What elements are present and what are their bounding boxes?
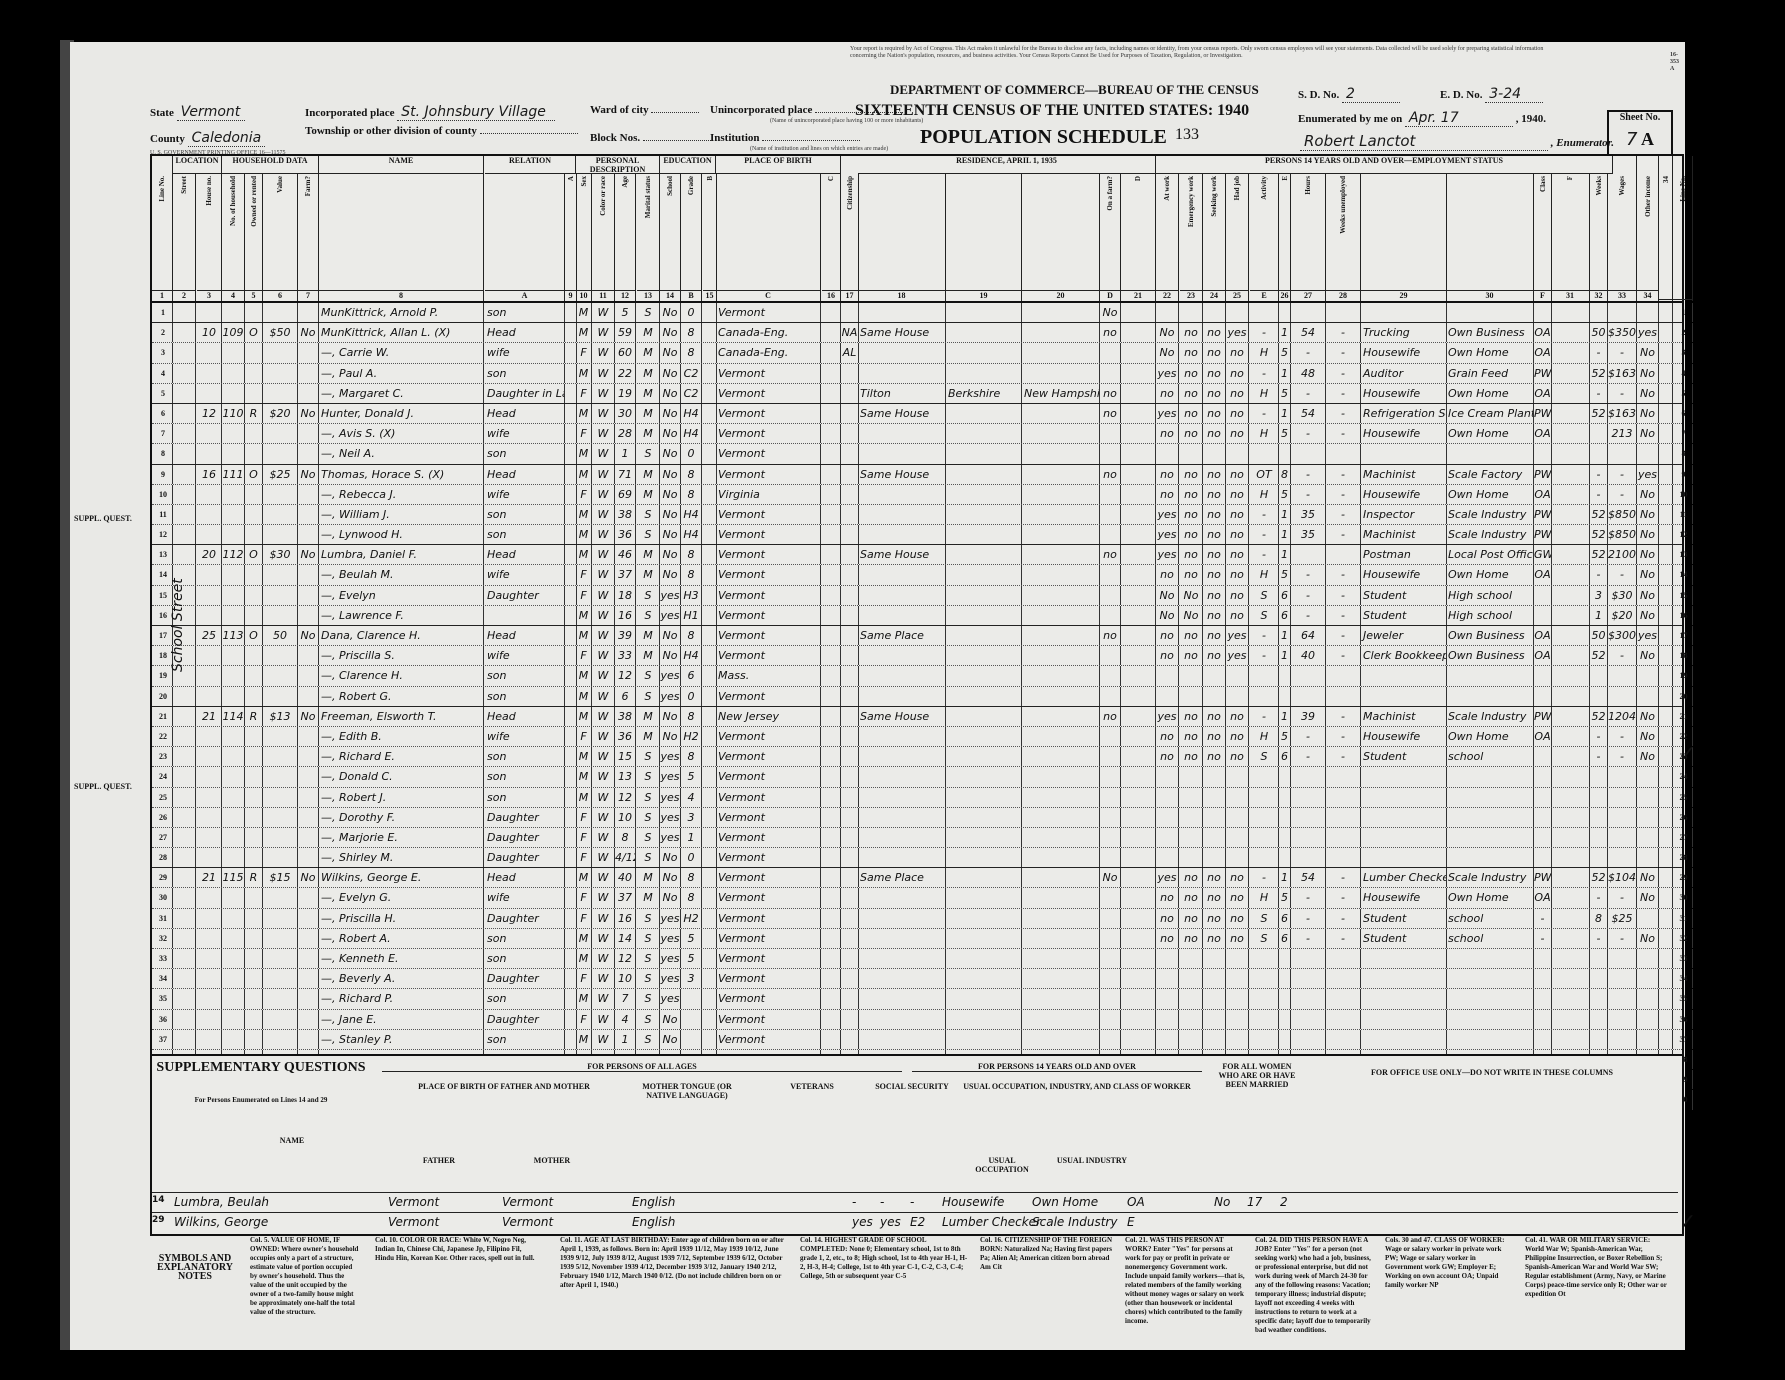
cell-wage [1608, 949, 1637, 968]
cell-ind: Own Business [1446, 646, 1534, 665]
cell-name: —, Evelyn [319, 586, 484, 605]
cell-col34 [1659, 505, 1673, 524]
cell-codeC [822, 485, 841, 504]
cell-codeB [703, 485, 717, 504]
cell-c24: no [1226, 404, 1249, 423]
enumerated-label: Enumerated by me on [1298, 113, 1402, 125]
cell-line: 34 [152, 969, 173, 988]
cell-line: 12 [152, 525, 173, 544]
cell-c21: no [1156, 727, 1179, 746]
cell-cit [841, 747, 859, 766]
cell-c25: S [1250, 909, 1279, 928]
cell-cit [841, 646, 859, 665]
sheet-label: Sheet No. [1609, 112, 1671, 123]
cell-street [173, 929, 196, 948]
state-value: Vermont [177, 104, 245, 121]
cell-occ [1361, 788, 1447, 807]
cell-grade: H4 [681, 646, 702, 665]
cell-res17 [858, 505, 946, 524]
cell-res20 [1100, 444, 1121, 463]
supp-cell-usual_occ: Lumber Checker [942, 1215, 1041, 1229]
cell-c26 [1291, 828, 1326, 847]
cell-wage: - [1608, 565, 1637, 584]
cell-cit [841, 788, 859, 807]
cell-house: 16 [197, 465, 222, 484]
cell-c24: no [1226, 343, 1249, 362]
cell-col34 [1659, 666, 1673, 685]
cell-farm [298, 424, 319, 443]
cell-house [197, 565, 222, 584]
cell-wks [1590, 444, 1608, 463]
cell-race: W [592, 343, 615, 362]
cell-res17 [858, 909, 946, 928]
cell-ind: Own Business [1446, 323, 1534, 342]
cell-codeD [1121, 828, 1156, 847]
cell-rel: son [485, 444, 565, 463]
cell-codeB [703, 586, 717, 605]
cell-ms: S [637, 848, 660, 867]
supp-cell-ss43: yes [880, 1215, 901, 1229]
cell-ms: S [637, 909, 660, 928]
census-title: SIXTEENTH CENSUS OF THE UNITED STATES: 1… [855, 102, 1249, 120]
cell-codeD [1121, 1030, 1156, 1049]
cell-c26: - [1291, 606, 1326, 625]
cell-res17 [858, 485, 946, 504]
cell-street [173, 727, 196, 746]
cell-street [173, 1010, 196, 1029]
table-row: 1320112O$30NoLumbra, Daniel F.HeadMW46MN… [152, 545, 1682, 565]
cell-cls [1534, 747, 1552, 766]
cell-col34 [1659, 626, 1673, 645]
cell-wks: 52 [1590, 646, 1608, 665]
cell-house [197, 828, 222, 847]
cell-res17 [858, 1010, 946, 1029]
cell-c22 [1180, 848, 1203, 867]
cell-ind [1446, 969, 1534, 988]
cell-age: 1 [615, 444, 636, 463]
cell-codeC [822, 565, 841, 584]
cell-c23: no [1203, 465, 1226, 484]
cell-line2: 17 [1673, 626, 1693, 645]
cell-col34 [1659, 323, 1673, 342]
cell-res18 [946, 1030, 1022, 1049]
table-row: 916111O$25NoThomas, Horace S. (X)HeadMW7… [152, 465, 1682, 485]
cell-c27: - [1326, 868, 1361, 887]
column-header-label: Line No. [1679, 176, 1687, 206]
column-number: 12 [615, 290, 635, 300]
cell-line: 1 [152, 303, 173, 322]
cell-codeC [822, 323, 841, 342]
cell-c22: no [1180, 868, 1203, 887]
cell-birth: Vermont [716, 788, 821, 807]
cell-value [263, 888, 298, 907]
cell-line2: 5 [1673, 384, 1693, 403]
enumerated-date: Apr. 17 [1405, 110, 1513, 127]
cell-value [263, 1030, 298, 1049]
cell-occ [1361, 848, 1447, 867]
cell-cit [841, 727, 859, 746]
cell-grade: 5 [681, 929, 702, 948]
cell-grade: 8 [681, 565, 702, 584]
cell-c21: yes [1156, 404, 1179, 423]
cell-c27: - [1326, 626, 1361, 645]
cell-cls: OA [1534, 485, 1552, 504]
column-number: 20 [1022, 290, 1099, 300]
cell-c22 [1180, 767, 1203, 786]
cell-c21 [1156, 949, 1179, 968]
cell-codeB [703, 969, 717, 988]
cell-name: —, Evelyn G. [319, 888, 484, 907]
cell-res17: Same House [858, 545, 946, 564]
cell-street [173, 424, 196, 443]
cell-street [173, 384, 196, 403]
cell-sex: F [576, 969, 592, 988]
cell-c23 [1203, 989, 1226, 1008]
cell-line2: 13 [1673, 545, 1693, 564]
cell-c22: no [1180, 727, 1203, 746]
cell-race: W [592, 666, 615, 685]
cell-hh [222, 788, 245, 807]
cell-value [263, 949, 298, 968]
cell-codeF [1551, 969, 1590, 988]
cell-name: —, Shirley M. [319, 848, 484, 867]
column-number: 11 [592, 290, 614, 300]
cell-c22 [1180, 989, 1203, 1008]
cell-res19 [1022, 545, 1100, 564]
cell-c25: - [1250, 646, 1279, 665]
cell-cit [841, 606, 859, 625]
cell-wks: 50 [1590, 323, 1608, 342]
cell-res20: No [1100, 868, 1121, 887]
cell-codeB [703, 545, 717, 564]
cell-c21: no [1156, 626, 1179, 645]
cell-c24 [1226, 949, 1249, 968]
cell-own [245, 808, 263, 827]
cell-school: yes [660, 909, 681, 928]
cell-birth: Canada-Eng. [716, 323, 821, 342]
column-number: 18 [858, 290, 945, 300]
cell-house [197, 364, 222, 383]
cell-res19 [1022, 626, 1100, 645]
cell-c27 [1326, 788, 1361, 807]
cell-birth: Vermont [716, 404, 821, 423]
column-number: 16 [822, 290, 840, 300]
supp-office-use: FOR OFFICE USE ONLY—DO NOT WRITE IN THES… [1312, 1068, 1672, 1077]
table-row: 37—, Stanley P.sonMW1SNoVermont37 [152, 1030, 1682, 1050]
cell-rel: son [485, 687, 565, 706]
cell-name: Hunter, Donald J. [319, 404, 484, 423]
county-value: Caledonia [188, 130, 266, 147]
cell-c24: no [1226, 424, 1249, 443]
cell-res17 [858, 727, 946, 746]
cell-wage [1608, 848, 1637, 867]
cell-c26 [1291, 444, 1326, 463]
cell-c22 [1180, 444, 1203, 463]
cell-race: W [592, 949, 615, 968]
cell-own [245, 969, 263, 988]
cell-wks: 1 [1590, 606, 1608, 625]
cell-own [245, 848, 263, 867]
cell-sex: F [576, 808, 592, 827]
cell-hh [222, 888, 245, 907]
cell-codeF [1551, 888, 1590, 907]
cell-res19 [1022, 364, 1100, 383]
cell-grade [681, 1010, 702, 1029]
cell-cls [1534, 606, 1552, 625]
sd-field: S. D. No. 2 [1298, 86, 1400, 103]
table-row: 210109O$50NoMunKittrick, Allan L. (X)Hea… [152, 323, 1682, 343]
column-header-cit: Citizenship17 [841, 156, 859, 301]
cell-codeB [703, 565, 717, 584]
cell-line: 3 [152, 343, 173, 362]
cell-birth: Vermont [716, 909, 821, 928]
table-row: 1MunKittrick, Arnold P.sonMW5SNo0Vermont… [152, 303, 1682, 323]
cell-c24 [1226, 989, 1249, 1008]
cell-age: 28 [615, 424, 636, 443]
cell-own [245, 364, 263, 383]
cell-grade [681, 989, 702, 1008]
cell-line2: 26 [1673, 808, 1693, 827]
cell-c23: no [1203, 565, 1226, 584]
cell-cls: OA [1534, 384, 1552, 403]
cell-res19 [1022, 747, 1100, 766]
cell-res20 [1100, 485, 1121, 504]
table-row: 24—, Donald C.sonMW13Syes5Vermont24 [152, 767, 1682, 787]
cell-school: No [660, 444, 681, 463]
cell-farm [298, 646, 319, 665]
cell-c27 [1326, 303, 1361, 322]
cell-res19 [1022, 848, 1100, 867]
cell-e [1279, 666, 1291, 685]
cell-name: —, Beverly A. [319, 969, 484, 988]
cell-codeD [1121, 909, 1156, 928]
cell-c22: no [1180, 343, 1203, 362]
cell-rel: Daughter [485, 586, 565, 605]
cell-occ: Student [1361, 586, 1447, 605]
cell-c22: no [1180, 323, 1203, 342]
cell-rel: son [485, 666, 565, 685]
cell-codeD [1121, 687, 1156, 706]
cell-house: 10 [197, 323, 222, 342]
cell-farm [298, 606, 319, 625]
cell-age: 15 [615, 747, 636, 766]
cell-school: No [660, 404, 681, 423]
cell-occ: Housewife [1361, 384, 1447, 403]
cell-other: No [1637, 747, 1659, 766]
cell-e: 5 [1279, 424, 1291, 443]
cell-own [245, 727, 263, 746]
cell-sex: F [576, 586, 592, 605]
cell-birth: Vermont [716, 848, 821, 867]
cell-house [197, 969, 222, 988]
cell-res19 [1022, 828, 1100, 847]
cell-age: 59 [615, 323, 636, 342]
column-header-age: Age12 [615, 156, 636, 301]
cell-occ: Trucking [1361, 323, 1447, 342]
cell-codeF [1551, 1030, 1590, 1049]
cell-res20 [1100, 565, 1121, 584]
cell-race: W [592, 646, 615, 665]
cell-line2: 21 [1673, 707, 1693, 726]
cell-col34 [1659, 707, 1673, 726]
cell-line: 2 [152, 323, 173, 342]
column-header-ind: INDUSTRY30 [1446, 156, 1534, 301]
cell-occ: Machinist [1361, 525, 1447, 544]
cell-age: 71 [615, 465, 636, 484]
cell-cls [1534, 1010, 1552, 1029]
cell-other: No [1637, 646, 1659, 665]
cell-wks [1590, 1030, 1608, 1049]
cell-c25 [1250, 666, 1279, 685]
cell-c27: - [1326, 505, 1361, 524]
cell-ms: M [637, 424, 660, 443]
cell-school: No [660, 465, 681, 484]
cell-c26: - [1291, 424, 1326, 443]
cell-c24: no [1226, 909, 1249, 928]
cell-sex: M [576, 444, 592, 463]
cell-codeD [1121, 343, 1156, 362]
cell-name: —, Richard E. [319, 747, 484, 766]
cell-codeD [1121, 767, 1156, 786]
cell-c23 [1203, 303, 1226, 322]
cell-codeD [1121, 808, 1156, 827]
cell-line2: 11 [1673, 505, 1693, 524]
cell-race: W [592, 444, 615, 463]
cell-value [263, 929, 298, 948]
column-header-label: Street [180, 176, 188, 198]
cell-res20: no [1100, 404, 1121, 423]
cell-hh [222, 969, 245, 988]
table-row: 3—, Carrie W.wifeFW60MNo8Canada-Eng.ALNo… [152, 343, 1682, 363]
cell-res18 [946, 909, 1022, 928]
cell-cit [841, 1010, 859, 1029]
column-header-occ: OCCUPATION29 [1361, 156, 1447, 301]
cell-c23: no [1203, 606, 1226, 625]
cell-cit [841, 909, 859, 928]
cell-farm: No [298, 626, 319, 645]
cell-c25 [1250, 303, 1279, 322]
cell-c21 [1156, 767, 1179, 786]
cell-c25: H [1250, 384, 1279, 403]
cell-ms: M [637, 646, 660, 665]
cell-c22: no [1180, 929, 1203, 948]
cell-c22: no [1180, 364, 1203, 383]
cell-own [245, 989, 263, 1008]
cell-col34 [1659, 586, 1673, 605]
cell-codeD [1121, 848, 1156, 867]
cell-hh [222, 364, 245, 383]
cell-street [173, 747, 196, 766]
cell-line2: 12 [1673, 525, 1693, 544]
department-title: DEPARTMENT OF COMMERCE—BUREAU OF THE CEN… [890, 82, 1259, 98]
cell-res17: Same Place [858, 868, 946, 887]
cell-rel: wife [485, 888, 565, 907]
cell-c27 [1326, 808, 1361, 827]
cell-line: 10 [152, 485, 173, 504]
cell-street [173, 909, 196, 928]
cell-line2: 27 [1673, 828, 1693, 847]
cell-c26: - [1291, 929, 1326, 948]
cell-other [1637, 788, 1659, 807]
cell-c25: S [1250, 929, 1279, 948]
cell-res19 [1022, 868, 1100, 887]
cell-codeB [703, 848, 717, 867]
cell-c22 [1180, 949, 1203, 968]
cell-col34 [1659, 969, 1673, 988]
cell-res18 [946, 586, 1022, 605]
cell-c27: - [1326, 364, 1361, 383]
cell-line2: 19 [1673, 666, 1693, 685]
cell-ms: M [637, 364, 660, 383]
cell-wks [1590, 767, 1608, 786]
cell-res18 [946, 747, 1022, 766]
cell-c26: 54 [1291, 868, 1326, 887]
cell-wage: $1040 [1608, 868, 1637, 887]
cell-codeD [1121, 929, 1156, 948]
cell-wks: - [1590, 888, 1608, 907]
cell-c25 [1250, 444, 1279, 463]
column-number: E [1250, 290, 1278, 300]
cell-race: W [592, 465, 615, 484]
cell-wks: 52 [1590, 545, 1608, 564]
cell-c23 [1203, 969, 1226, 988]
cell-house [197, 747, 222, 766]
cell-house: 20 [197, 545, 222, 564]
cell-hh [222, 1010, 245, 1029]
cell-e: 5 [1279, 727, 1291, 746]
cell-c23: no [1203, 626, 1226, 645]
cell-cls [1534, 303, 1552, 322]
cell-farm: No [298, 323, 319, 342]
table-row: 7—, Avis S. (X)wifeFW28MNoH4Vermontnonon… [152, 424, 1682, 444]
cell-own [245, 384, 263, 403]
cell-codeF [1551, 949, 1590, 968]
cell-age: 18 [615, 586, 636, 605]
cell-street [173, 888, 196, 907]
incorporated-place-value: St. Johnsbury Village [397, 104, 555, 121]
cell-farm [298, 969, 319, 988]
cell-house [197, 788, 222, 807]
cell-res20: no [1100, 323, 1121, 342]
table-row: 4—, Paul A.sonMW22MNoC2Vermontyesnonono-… [152, 364, 1682, 384]
cell-c25 [1250, 989, 1279, 1008]
cell-hh [222, 929, 245, 948]
cell-col34 [1659, 565, 1673, 584]
cell-c27: - [1326, 586, 1361, 605]
note-col30: Cols. 30 and 47. CLASS OF WORKER: Wage o… [1385, 1236, 1515, 1290]
cell-occ: Housewife [1361, 888, 1447, 907]
column-header-school: School14 [660, 156, 681, 301]
cell-house [197, 808, 222, 827]
cell-wks: - [1590, 384, 1608, 403]
cell-codeF [1551, 565, 1590, 584]
cell-cls [1534, 687, 1552, 706]
cell-own [245, 828, 263, 847]
cell-codeD [1121, 444, 1156, 463]
cell-hh [222, 586, 245, 605]
cell-col34 [1659, 727, 1673, 746]
cell-res20 [1100, 1030, 1121, 1049]
cell-farm [298, 747, 319, 766]
cell-ms: S [637, 303, 660, 322]
cell-other: yes [1637, 323, 1659, 342]
cell-col34 [1659, 747, 1673, 766]
supp-social-security: SOCIAL SECURITY [867, 1082, 957, 1091]
cell-e [1279, 444, 1291, 463]
cell-school: yes [660, 687, 681, 706]
cell-value [263, 343, 298, 362]
cell-street [173, 868, 196, 887]
